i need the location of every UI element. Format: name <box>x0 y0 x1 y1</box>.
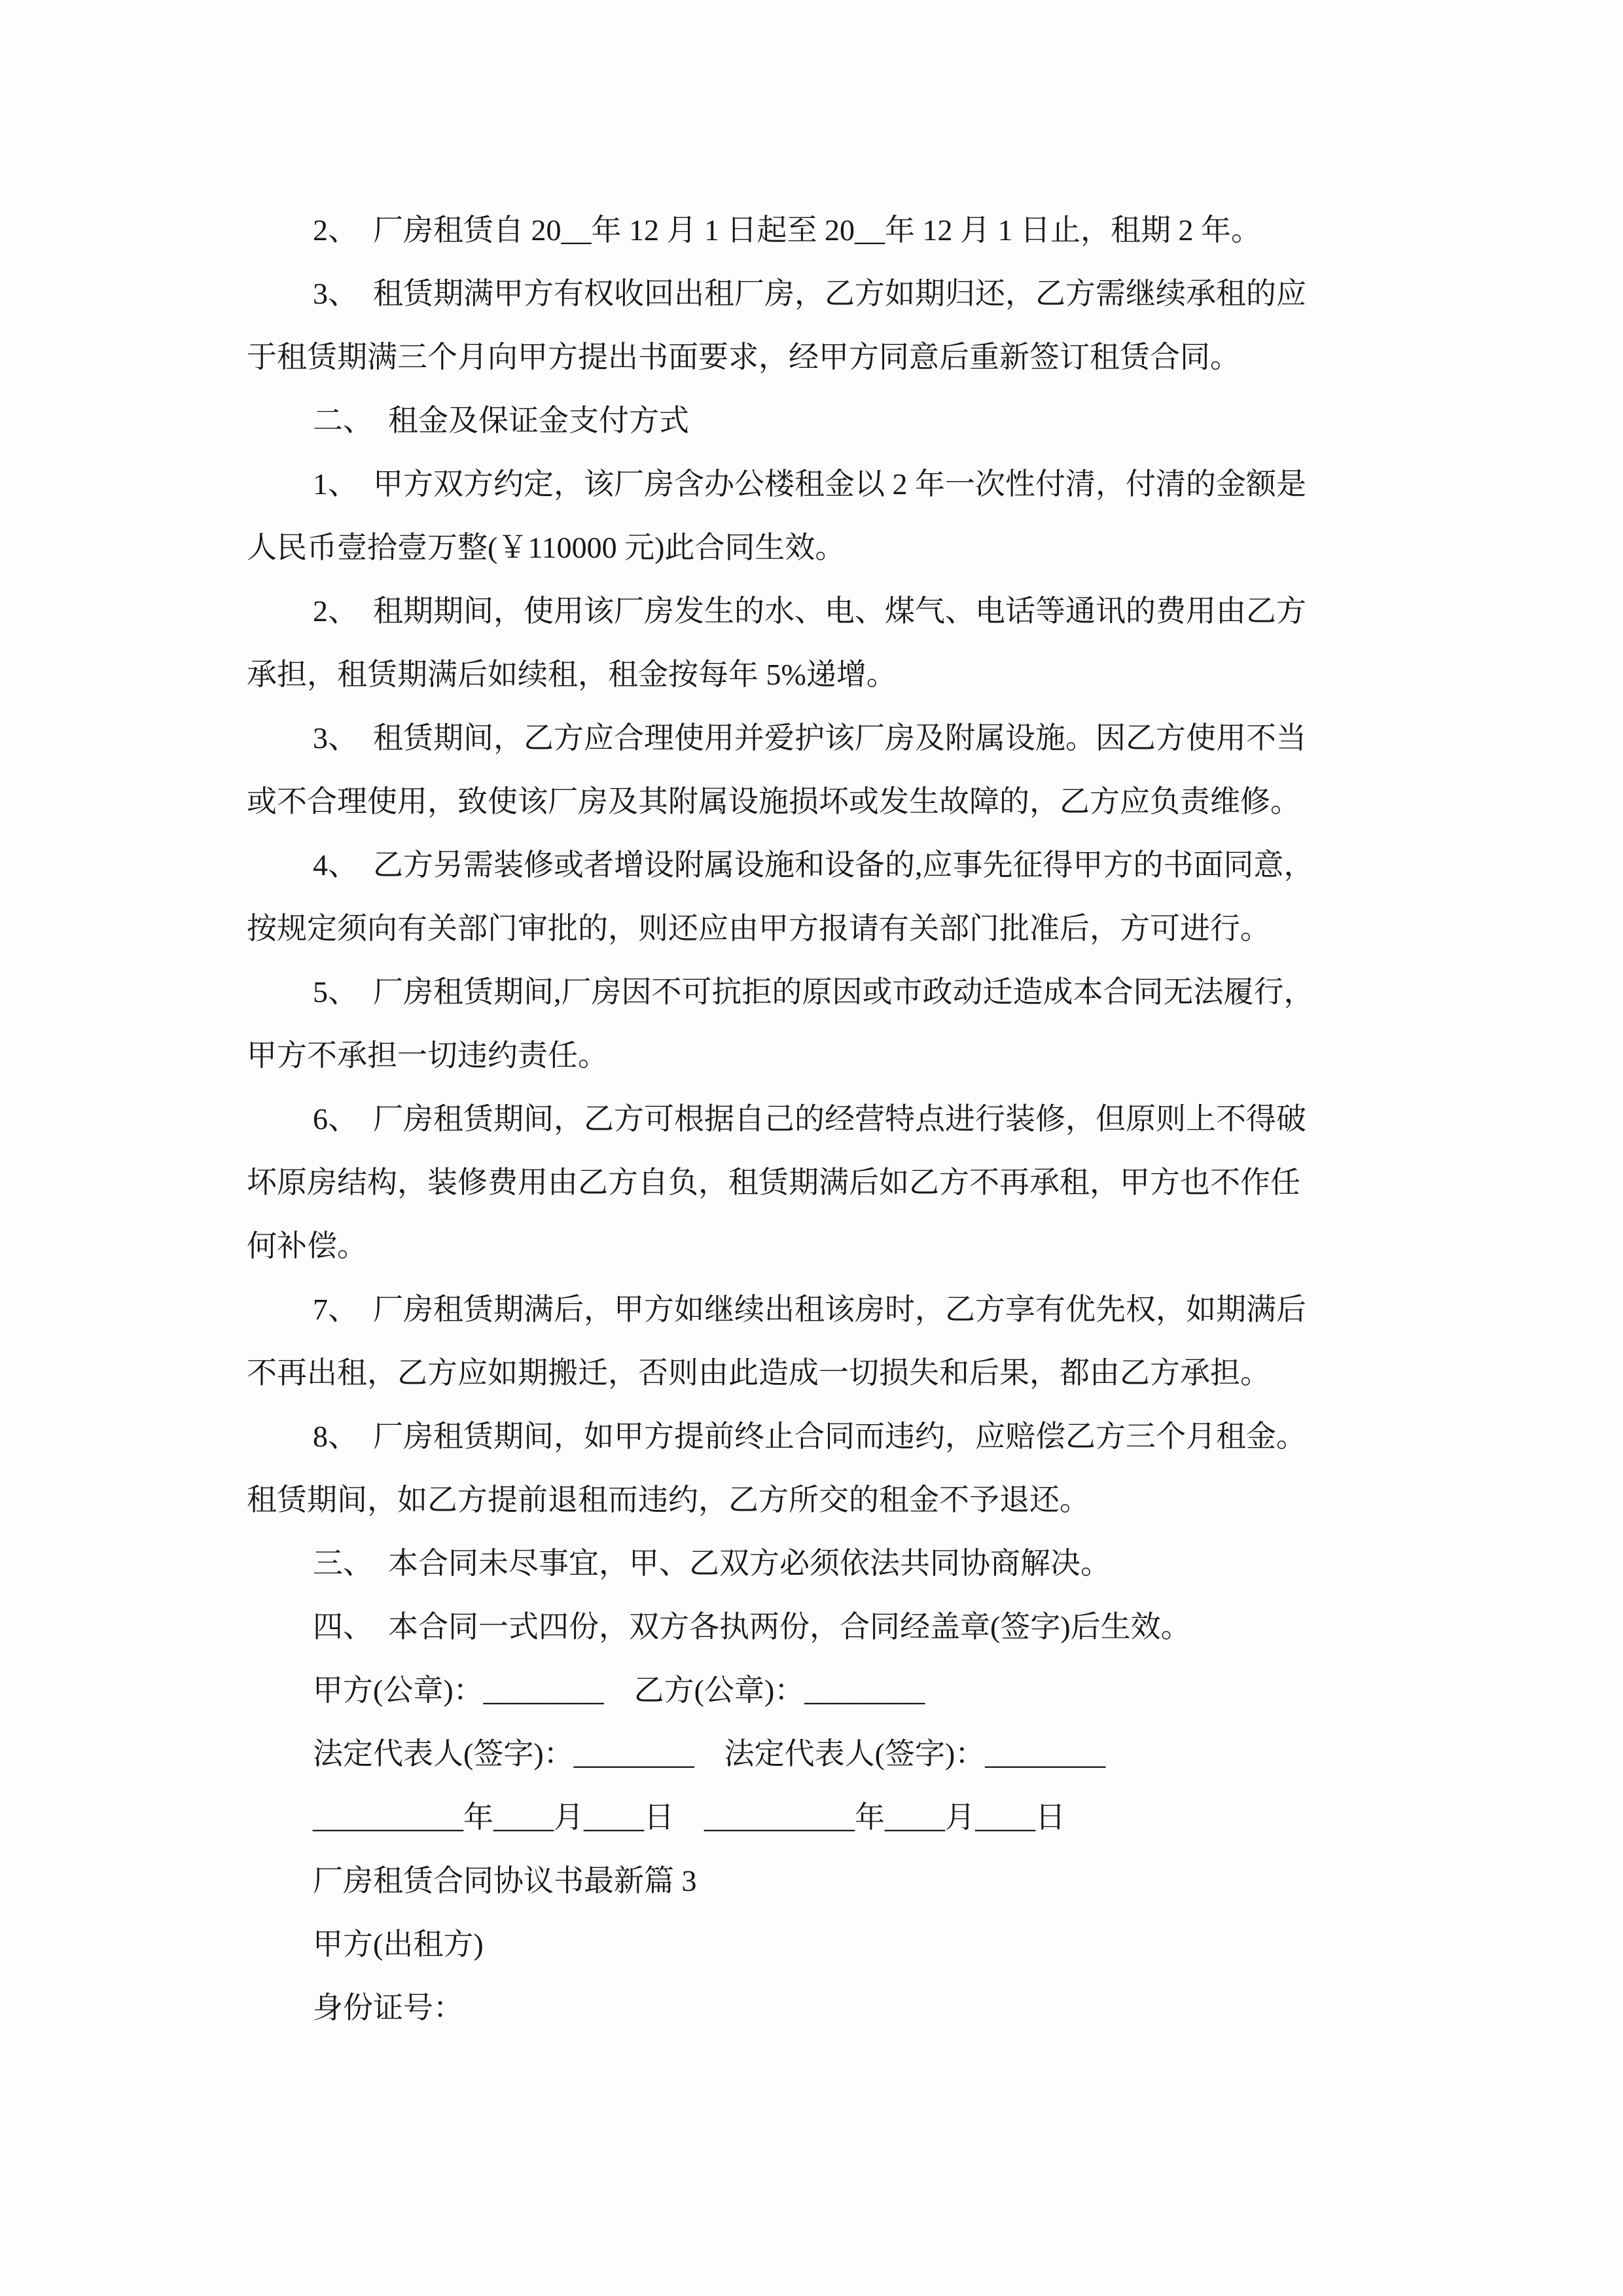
contract-line: 1、 甲方双方约定，该厂房含办公楼租金以 2 年一次性付清，付清的金额是 <box>247 452 1444 516</box>
next-section-title: 厂房租赁合同协议书最新篇 3 <box>247 1849 1444 1912</box>
contract-line: 6、 厂房租赁期间，乙方可根据自己的经营特点进行装修，但原则上不得破 <box>247 1087 1444 1151</box>
contract-text-block: 2、 厂房租赁自 20__年 12 月 1 日起至 20__年 12 月 1 日… <box>247 198 1444 2039</box>
contract-line: 甲方不承担一切违约责任。 <box>247 1024 1444 1087</box>
party-a-label: 甲方(出租方) <box>247 1912 1444 1976</box>
id-number-label: 身份证号： <box>247 1976 1444 2039</box>
contract-line: 何补偿。 <box>247 1214 1444 1278</box>
contract-line: 2、 租期期间，使用该厂房发生的水、电、煤气、电话等通讯的费用由乙方 <box>247 579 1444 643</box>
contract-line: 或不合理使用，致使该厂房及其附属设施损坏或发生故障的，乙方应负责维修。 <box>247 770 1444 833</box>
contract-line: 5、 厂房租赁期间,厂房因不可抗拒的原因或市政动迁造成本合同无法履行， <box>247 960 1444 1024</box>
contract-line: 2、 厂房租赁自 20__年 12 月 1 日起至 20__年 12 月 1 日… <box>247 198 1444 262</box>
contract-line: 租赁期间，如乙方提前退租而违约，乙方所交的租金不予退还。 <box>247 1468 1444 1532</box>
contract-line: 不再出租，乙方应如期搬迁，否则由此造成一切损失和后果，都由乙方承担。 <box>247 1341 1444 1405</box>
contract-line: 8、 厂房租赁期间，如甲方提前终止合同而违约，应赔偿乙方三个月租金。 <box>247 1405 1444 1468</box>
signature-seal-line: 甲方(公章)：________ 乙方(公章)：________ <box>247 1659 1444 1722</box>
contract-line: 人民币壹拾壹万整(￥110000 元)此合同生效。 <box>247 516 1444 579</box>
contract-line: 按规定须向有关部门审批的，则还应由甲方报请有关部门批准后，方可进行。 <box>247 897 1444 960</box>
legal-representative-line: 法定代表人(签字)：________ 法定代表人(签字)：________ <box>247 1722 1444 1785</box>
contract-line: 承担，租赁期满后如续租，租金按每年 5%递增。 <box>247 643 1444 706</box>
contract-line: 3、 租赁期间，乙方应合理使用并爱护该厂房及附属设施。因乙方使用不当 <box>247 706 1444 770</box>
contract-line: 坏原房结构，装修费用由乙方自负，租赁期满后如乙方不再承租，甲方也不作任 <box>247 1151 1444 1214</box>
contract-section-heading: 二、 租金及保证金支付方式 <box>247 389 1444 452</box>
contract-section-heading: 三、 本合同未尽事宜，甲、乙双方必须依法共同协商解决。 <box>247 1532 1444 1595</box>
contract-line: 3、 租赁期满甲方有权收回出租厂房，乙方如期归还，乙方需继续承租的应 <box>247 262 1444 325</box>
contract-line: 4、 乙方另需装修或者增设附属设施和设备的,应事先征得甲方的书面同意， <box>247 833 1444 897</box>
document-page: 2、 厂房租赁自 20__年 12 月 1 日起至 20__年 12 月 1 日… <box>0 0 1623 2296</box>
date-blank-line: __________年____月____日 __________年____月__… <box>247 1785 1444 1849</box>
contract-section-heading: 四、 本合同一式四份，双方各执两份，合同经盖章(签字)后生效。 <box>247 1595 1444 1659</box>
contract-line: 7、 厂房租赁期满后，甲方如继续出租该房时，乙方享有优先权，如期满后 <box>247 1278 1444 1341</box>
contract-line: 于租赁期满三个月向甲方提出书面要求，经甲方同意后重新签订租赁合同。 <box>247 325 1444 389</box>
